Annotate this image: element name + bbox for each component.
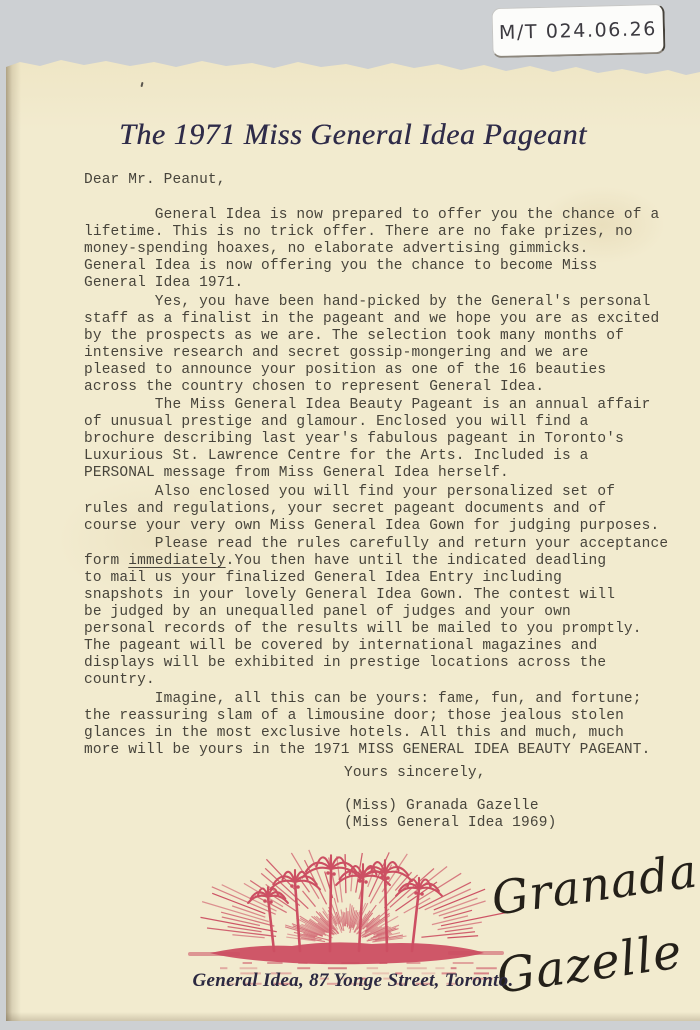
- paragraph-6: Imagine, all this can be yours: fame, fu…: [84, 691, 668, 759]
- signature-last-name: Gazelle: [493, 923, 686, 1004]
- signature-first-name: Granada: [488, 843, 700, 925]
- letter-body: Dear Mr. Peanut, General Idea is now pre…: [84, 172, 668, 832]
- typed-signature-block: (Miss) Granada Gazelle (Miss General Ide…: [344, 798, 668, 832]
- paragraph-5-end: .You then have until the indicated deadl…: [84, 553, 642, 688]
- archival-label-text: M/T 024.06.26: [499, 18, 657, 44]
- scanned-letter-page: { "colors": { "scanner_background": "#cd…: [0, 0, 700, 1030]
- letter-paper: The 1971 Miss General Idea Pageant Dear …: [6, 0, 700, 1021]
- paragraph-5: Please read the rules carefully and retu…: [84, 536, 668, 689]
- archival-label-sticker: M/T 024.06.26: [491, 4, 665, 58]
- paragraph-1: General Idea is now prepared to offer yo…: [84, 207, 668, 292]
- ink-speck: [140, 82, 143, 87]
- salutation: Dear Mr. Peanut,: [84, 172, 668, 189]
- underlined-word: immediately: [128, 553, 225, 569]
- handwritten-signature: Granada Gazelle: [478, 840, 700, 1030]
- closing-line: Yours sincerely,: [344, 765, 668, 782]
- typed-signer-title: (Miss General Idea 1969): [344, 815, 668, 832]
- paragraph-3: The Miss General Idea Beauty Pageant is …: [84, 397, 668, 482]
- paragraph-4: Also enclosed you will find your persona…: [84, 484, 668, 535]
- paragraph-2: Yes, you have been hand-picked by the Ge…: [84, 294, 668, 396]
- typed-signer-name: (Miss) Granada Gazelle: [344, 798, 668, 815]
- page-title: The 1971 Miss General Idea Pageant: [6, 114, 700, 156]
- footer-address: General Idea, 87 Yonge Street, Toronto.: [6, 970, 700, 992]
